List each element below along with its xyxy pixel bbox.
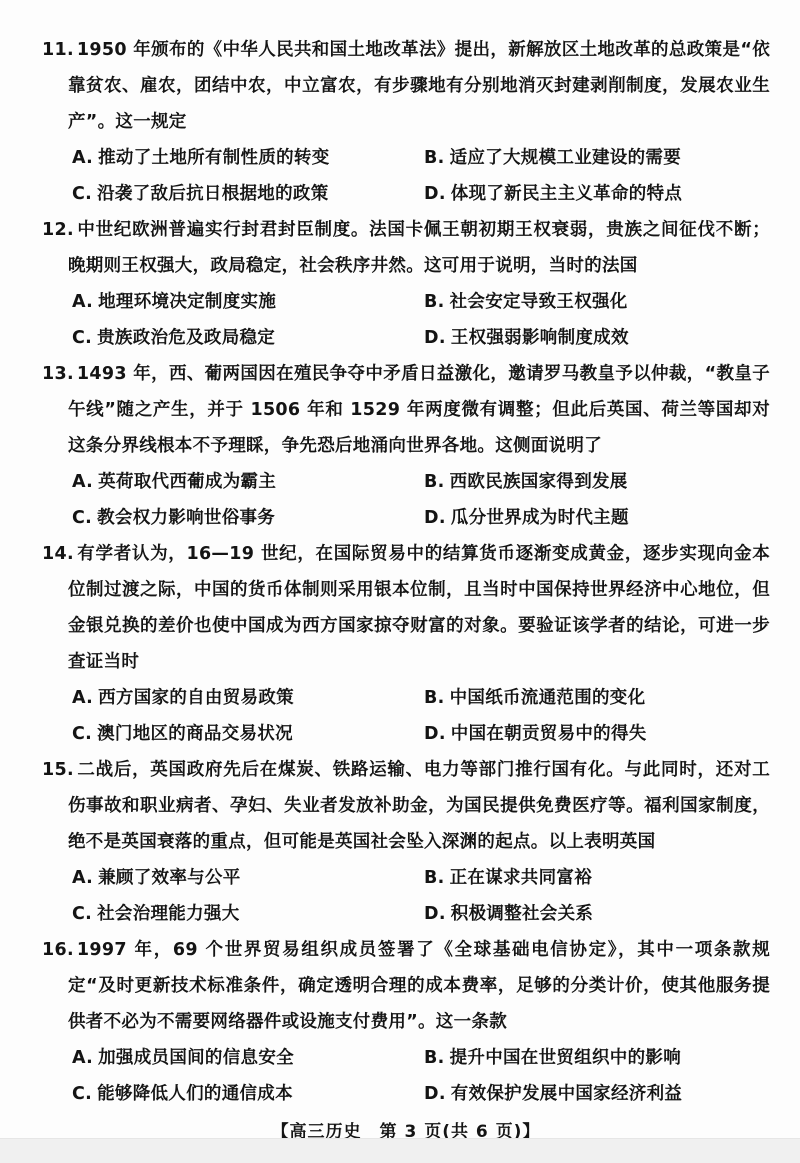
option-text: 王权强弱影响制度成效: [451, 328, 629, 348]
question-13: 13.1493 年，西、葡两国因在殖民争夺中矛盾日益激化，邀请罗马教皇予以仲裁，…: [42, 356, 770, 536]
option-text: 正在谋求共同富裕: [450, 868, 592, 888]
question-stem: 14.有学者认为，16—19 世纪，在国际贸易中的结算货币逐渐变成黄金，逐步实现…: [42, 536, 770, 680]
question-stem-text: 1950 年颁布的《中华人民共和国土地改革法》提出，新解放区土地改革的总政策是“…: [68, 40, 770, 132]
option-label: B.: [424, 1048, 445, 1068]
option-text: 兼顾了效率与公平: [98, 868, 240, 888]
option-label: C.: [72, 904, 92, 924]
question-number: 14.: [42, 544, 74, 564]
option-text: 中国在朝贡贸易中的得失: [451, 724, 647, 744]
option-d: D.中国在朝贡贸易中的得失: [424, 716, 770, 752]
question-options: A.兼顾了效率与公平 B.正在谋求共同富裕 C.社会治理能力强大 D.积极调整社…: [72, 860, 770, 932]
option-d: D.王权强弱影响制度成效: [424, 320, 770, 356]
question-options: A.加强成员国间的信息安全 B.提升中国在世贸组织中的影响 C.能够降低人们的通…: [72, 1040, 770, 1112]
option-b: B.适应了大规模工业建设的需要: [424, 140, 770, 176]
option-text: 教会权力影响世俗事务: [97, 508, 275, 528]
option-c: C.澳门地区的商品交易状况: [72, 716, 424, 752]
option-text: 西方国家的自由贸易政策: [98, 688, 294, 708]
option-d: D.积极调整社会关系: [424, 896, 770, 932]
option-label: B.: [424, 688, 445, 708]
question-number: 12.: [42, 220, 74, 240]
option-b: B.西欧民族国家得到发展: [424, 464, 770, 500]
option-label: B.: [424, 292, 445, 312]
option-text: 适应了大规模工业建设的需要: [450, 148, 681, 168]
question-options: A.西方国家的自由贸易政策 B.中国纸币流通范围的变化 C.澳门地区的商品交易状…: [72, 680, 770, 752]
question-number: 13.: [42, 364, 74, 384]
option-label: C.: [72, 184, 92, 204]
question-16: 16.1997 年，69 个世界贸易组织成员签署了《全球基础电信协定》，其中一项…: [42, 932, 770, 1112]
question-stem: 16.1997 年，69 个世界贸易组织成员签署了《全球基础电信协定》，其中一项…: [42, 932, 770, 1040]
question-14: 14.有学者认为，16—19 世纪，在国际贸易中的结算货币逐渐变成黄金，逐步实现…: [42, 536, 770, 752]
question-stem-text: 有学者认为，16—19 世纪，在国际贸易中的结算货币逐渐变成黄金，逐步实现向金本…: [68, 544, 770, 672]
option-text: 中国纸币流通范围的变化: [450, 688, 646, 708]
option-label: D.: [424, 904, 446, 924]
question-stem-text: 中世纪欧洲普遍实行封君封臣制度。法国卡佩王朝初期王权衰弱，贵族之间征伐不断；晚期…: [68, 220, 770, 276]
exam-content: 11.1950 年颁布的《中华人民共和国土地改革法》提出，新解放区土地改革的总政…: [0, 0, 800, 1146]
question-12: 12.中世纪欧洲普遍实行封君封臣制度。法国卡佩王朝初期王权衰弱，贵族之间征伐不断…: [42, 212, 770, 356]
option-d: D.体现了新民主主义革命的特点: [424, 176, 770, 212]
question-stem: 13.1493 年，西、葡两国因在殖民争夺中矛盾日益激化，邀请罗马教皇予以仲裁，…: [42, 356, 770, 464]
question-number: 15.: [42, 760, 74, 780]
option-label: B.: [424, 472, 445, 492]
option-label: A.: [72, 1048, 93, 1068]
option-a: A.推动了土地所有制性质的转变: [72, 140, 424, 176]
option-label: B.: [424, 148, 445, 168]
question-options: A.地理环境决定制度实施 B.社会安定导致王权强化 C.贵族政治危及政局稳定 D…: [72, 284, 770, 356]
option-text: 英荷取代西葡成为霸主: [98, 472, 276, 492]
option-text: 加强成员国间的信息安全: [98, 1048, 294, 1068]
question-number: 16.: [42, 940, 74, 960]
option-a: A.兼顾了效率与公平: [72, 860, 424, 896]
option-text: 沿袭了敌后抗日根据地的政策: [97, 184, 328, 204]
question-stem-text: 1493 年，西、葡两国因在殖民争夺中矛盾日益激化，邀请罗马教皇予以仲裁，“教皇…: [68, 364, 770, 456]
option-label: D.: [424, 328, 446, 348]
option-label: D.: [424, 724, 446, 744]
option-text: 地理环境决定制度实施: [98, 292, 276, 312]
option-text: 有效保护发展中国家经济利益: [451, 1084, 682, 1104]
option-a: A.地理环境决定制度实施: [72, 284, 424, 320]
option-label: C.: [72, 724, 92, 744]
question-number: 11.: [42, 40, 74, 60]
option-c: C.沿袭了敌后抗日根据地的政策: [72, 176, 424, 212]
option-c: C.能够降低人们的通信成本: [72, 1076, 424, 1112]
option-c: C.教会权力影响世俗事务: [72, 500, 424, 536]
option-text: 能够降低人们的通信成本: [97, 1084, 293, 1104]
option-d: D.瓜分世界成为时代主题: [424, 500, 770, 536]
option-d: D.有效保护发展中国家经济利益: [424, 1076, 770, 1112]
option-c: C.贵族政治危及政局稳定: [72, 320, 424, 356]
exam-page: 11.1950 年颁布的《中华人民共和国土地改革法》提出，新解放区土地改革的总政…: [0, 0, 800, 1163]
option-text: 提升中国在世贸组织中的影响: [450, 1048, 681, 1068]
option-label: C.: [72, 508, 92, 528]
option-label: A.: [72, 292, 93, 312]
question-15: 15.二战后，英国政府先后在煤炭、铁路运输、电力等部门推行国有化。与此同时，还对…: [42, 752, 770, 932]
question-stem-text: 1997 年，69 个世界贸易组织成员签署了《全球基础电信协定》，其中一项条款规…: [68, 940, 770, 1032]
option-label: D.: [424, 1084, 446, 1104]
option-label: D.: [424, 184, 446, 204]
option-label: B.: [424, 868, 445, 888]
option-b: B.提升中国在世贸组织中的影响: [424, 1040, 770, 1076]
option-a: A.英荷取代西葡成为霸主: [72, 464, 424, 500]
option-label: C.: [72, 328, 92, 348]
question-options: A.推动了土地所有制性质的转变 B.适应了大规模工业建设的需要 C.沿袭了敌后抗…: [72, 140, 770, 212]
option-a: A.西方国家的自由贸易政策: [72, 680, 424, 716]
scan-bottom-edge: [0, 1138, 800, 1163]
option-label: C.: [72, 1084, 92, 1104]
option-text: 社会安定导致王权强化: [450, 292, 628, 312]
option-text: 推动了土地所有制性质的转变: [98, 148, 329, 168]
option-text: 西欧民族国家得到发展: [450, 472, 628, 492]
option-b: B.中国纸币流通范围的变化: [424, 680, 770, 716]
option-c: C.社会治理能力强大: [72, 896, 424, 932]
option-label: A.: [72, 688, 93, 708]
question-stem: 12.中世纪欧洲普遍实行封君封臣制度。法国卡佩王朝初期王权衰弱，贵族之间征伐不断…: [42, 212, 770, 284]
option-text: 社会治理能力强大: [97, 904, 239, 924]
option-text: 澳门地区的商品交易状况: [97, 724, 293, 744]
option-b: B.正在谋求共同富裕: [424, 860, 770, 896]
option-text: 贵族政治危及政局稳定: [97, 328, 275, 348]
option-a: A.加强成员国间的信息安全: [72, 1040, 424, 1076]
question-stem: 15.二战后，英国政府先后在煤炭、铁路运输、电力等部门推行国有化。与此同时，还对…: [42, 752, 770, 860]
option-text: 瓜分世界成为时代主题: [451, 508, 629, 528]
option-label: A.: [72, 868, 93, 888]
question-11: 11.1950 年颁布的《中华人民共和国土地改革法》提出，新解放区土地改革的总政…: [42, 32, 770, 212]
option-b: B.社会安定导致王权强化: [424, 284, 770, 320]
question-stem: 11.1950 年颁布的《中华人民共和国土地改革法》提出，新解放区土地改革的总政…: [42, 32, 770, 140]
option-label: A.: [72, 472, 93, 492]
question-stem-text: 二战后，英国政府先后在煤炭、铁路运输、电力等部门推行国有化。与此同时，还对工伤事…: [68, 760, 770, 852]
question-options: A.英荷取代西葡成为霸主 B.西欧民族国家得到发展 C.教会权力影响世俗事务 D…: [72, 464, 770, 536]
option-label: A.: [72, 148, 93, 168]
option-text: 积极调整社会关系: [451, 904, 593, 924]
option-text: 体现了新民主主义革命的特点: [451, 184, 682, 204]
option-label: D.: [424, 508, 446, 528]
